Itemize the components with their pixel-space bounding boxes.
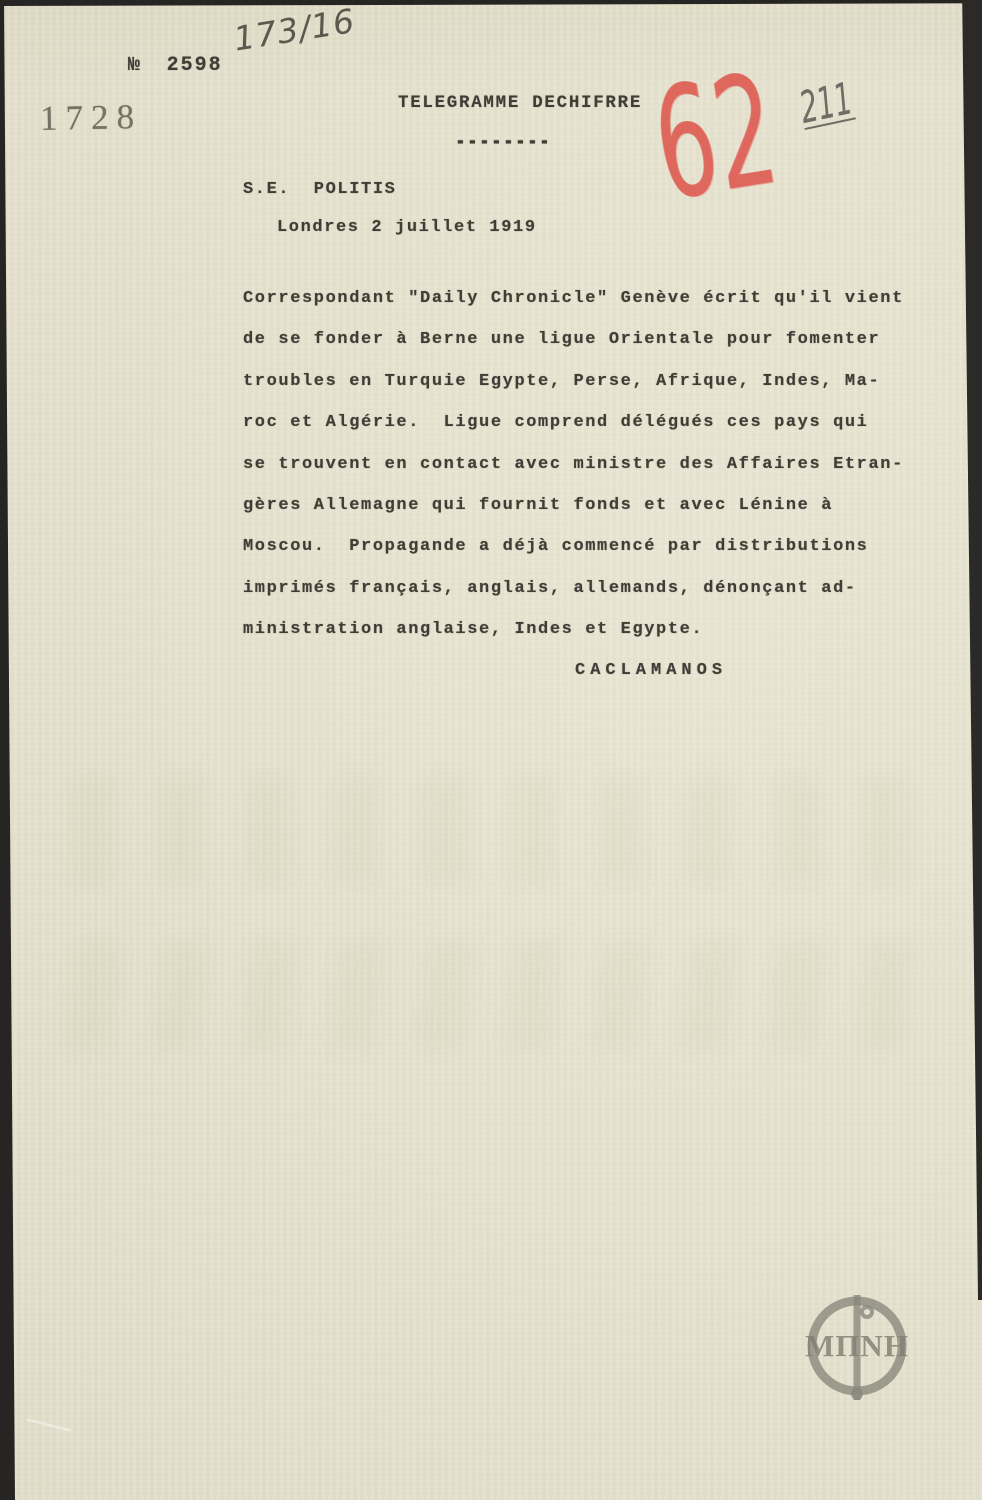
paper-scratch-mark: [26, 1418, 71, 1431]
typed-line: se trouvent en contact avec ministre des…: [243, 444, 904, 485]
typed-line: troubles en Turquie Egypte, Perse, Afriq…: [243, 361, 904, 402]
typed-line: gères Allemagne qui fournit fonds et ave…: [243, 485, 904, 526]
typed-line: de se fonder à Berne une ligue Orientale…: [243, 319, 904, 360]
handwritten-pencil-number: 211: [796, 77, 856, 131]
typed-line: Moscou. Propagande a déjà commencé par d…: [243, 526, 904, 567]
document-title: TELEGRAMME DECHIFRRE: [398, 93, 642, 113]
handwritten-red-number: 62: [645, 53, 786, 223]
registry-number-stamp: 1728: [40, 97, 143, 139]
reference-number: 2598: [167, 54, 223, 77]
typed-line: roc et Algérie. Ligue comprend délégués …: [243, 402, 904, 443]
stamp-top-loop: [862, 1307, 872, 1317]
typed-line: ministration anglaise, Indes et Egypte.: [243, 609, 904, 650]
typed-line: Correspondant "Daily Chronicle" Genève é…: [243, 278, 904, 319]
reference-number-line: №2598: [128, 54, 223, 77]
numero-sign: №: [128, 54, 142, 77]
stamp-letters: ΜΠΝΗ: [805, 1328, 909, 1363]
dateline: Londres 2 juillet 1919: [277, 218, 537, 237]
signature-name: CACLAMANOS: [575, 661, 727, 680]
telegram-document-scan: №2598 173/16 1728 TELEGRAMME DECHIFRRE -…: [0, 0, 982, 1500]
handwritten-file-number: 173/16: [231, 1, 358, 59]
scan-edge-right: [960, 0, 982, 1300]
scan-edge-top: [0, 0, 982, 6]
archive-round-stamp: ΜΠΝΗ: [801, 1290, 913, 1408]
typed-line: imprimés français, anglais, allemands, d…: [243, 568, 904, 609]
telegram-body: Correspondant "Daily Chronicle" Genève é…: [243, 278, 904, 651]
title-underline-dashes: --------: [455, 128, 551, 158]
verso-bleedthrough-band: [64, 940, 916, 1050]
scan-edge-left: [0, 0, 15, 1500]
recipient-line: S.E. POLITIS: [243, 180, 396, 199]
verso-bleedthrough-band: [70, 775, 910, 885]
